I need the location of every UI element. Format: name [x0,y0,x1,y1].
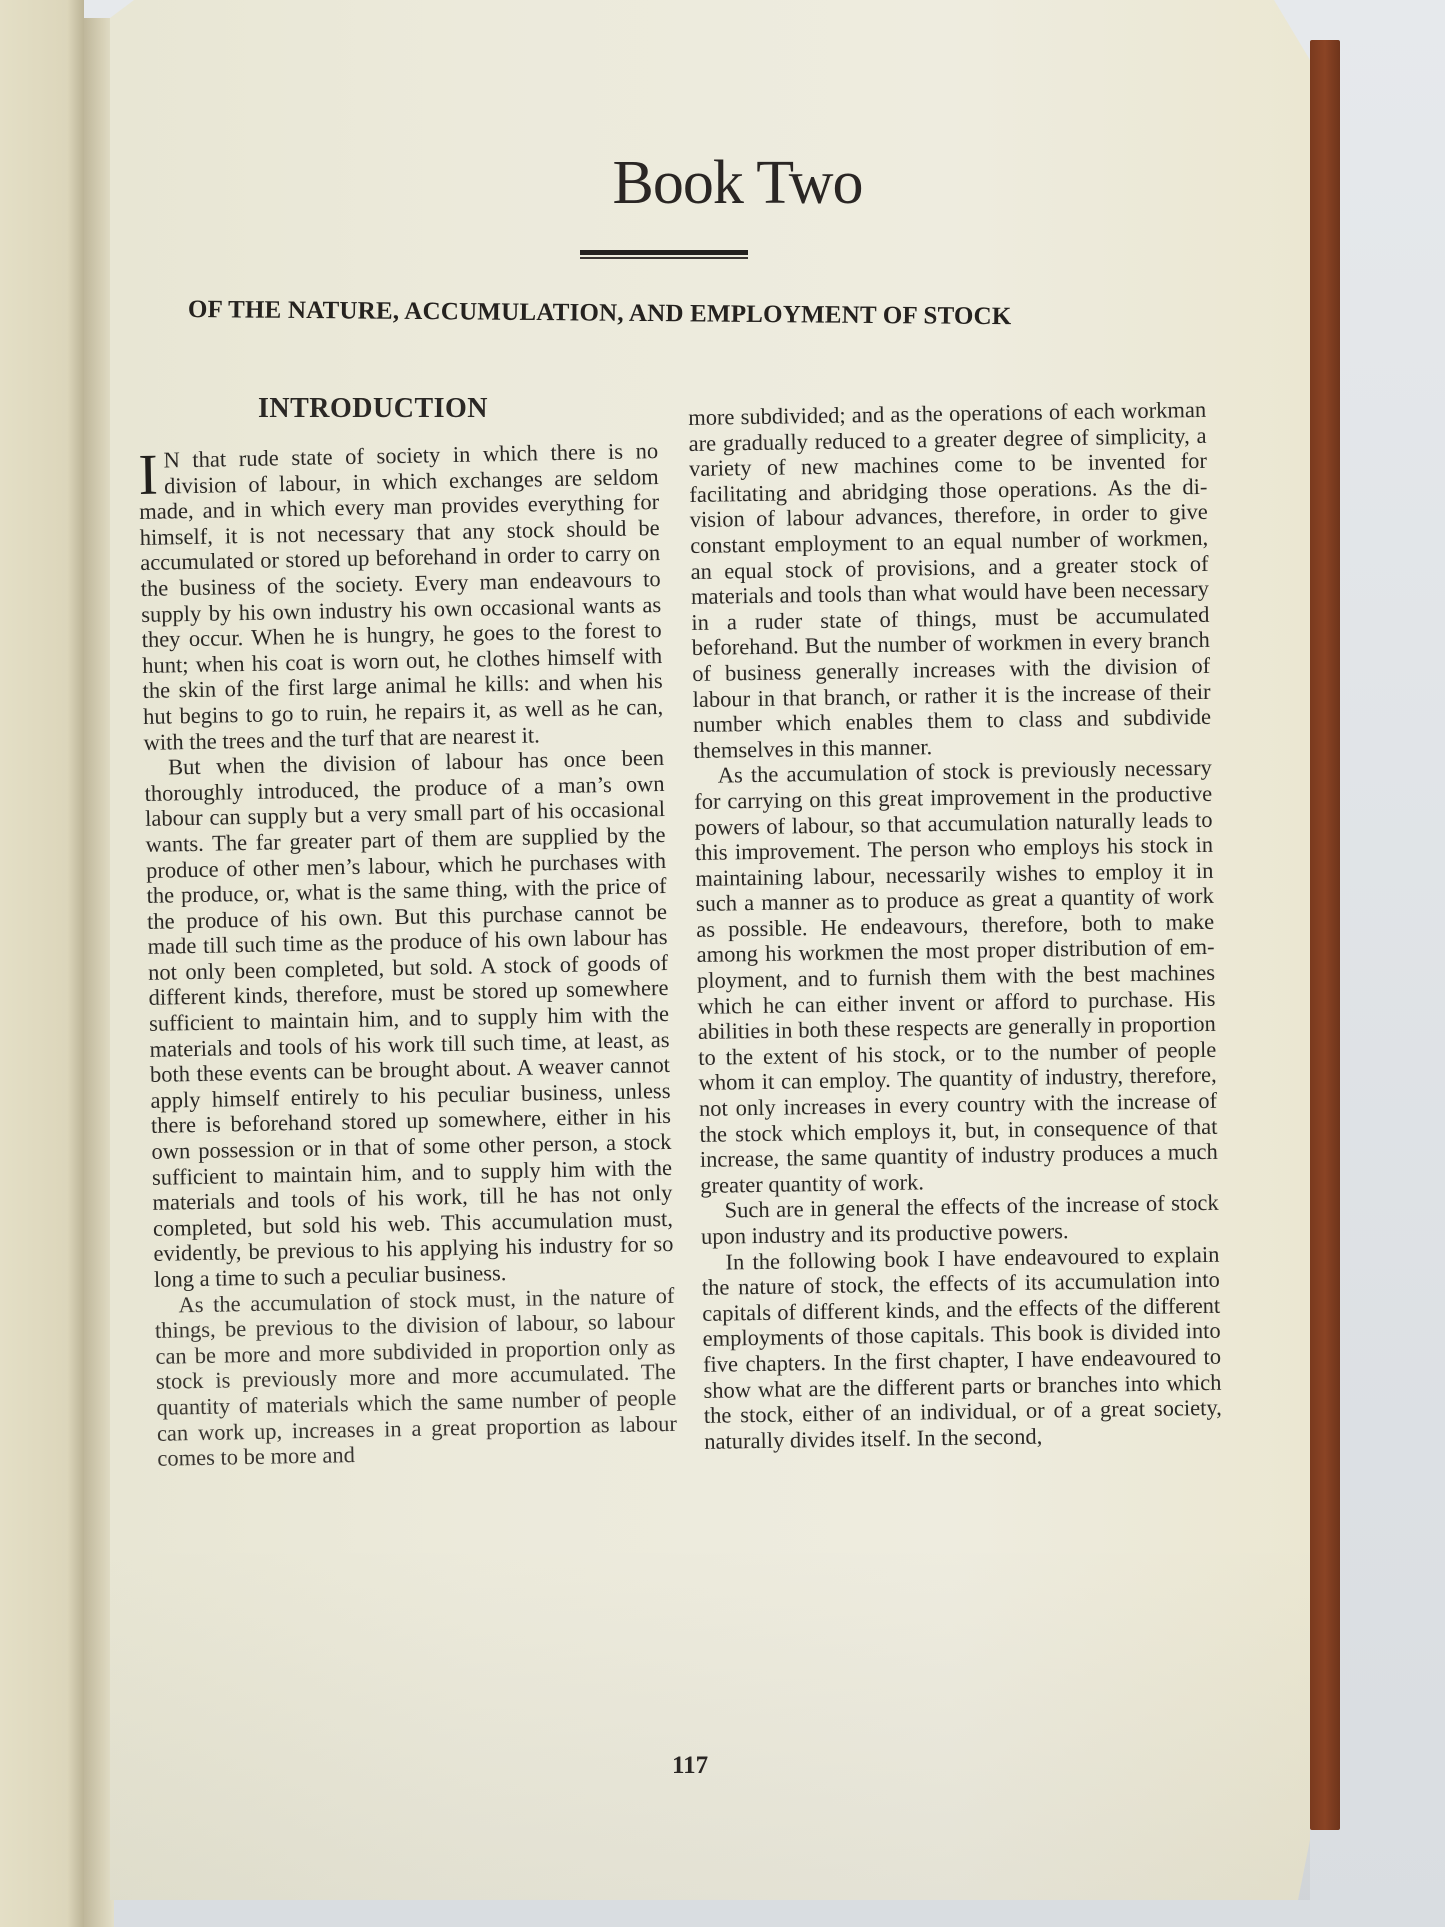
book-title: Book Two [0,148,1445,219]
rule-thick-line [580,250,748,255]
page-number: 117 [672,1752,708,1780]
rule-thin-line [580,257,748,259]
paragraph-5: Such are in general the effects of the i… [700,1190,1219,1249]
section-heading: INTRODUCTION [258,393,488,425]
paragraph-1-text: that rude state of society in which ther… [139,438,663,754]
facing-page-edge [0,0,84,1927]
first-word-rest: N [163,447,180,472]
left-text-column: IN that rude state of society in which t… [138,438,678,1472]
paragraph-6: In the following book I have endeavoured… [701,1241,1222,1454]
paragraph-2: But when the division of labour has once… [144,745,674,1292]
paragraph-4: As the accumulation of stock is previous… [694,755,1219,1198]
paragraph-1: IN that rude state of society in which t… [138,438,664,755]
drop-cap: I [138,452,158,498]
book-gutter [84,18,114,1927]
paragraph-3: As the accumulation of stock must, in th… [154,1282,677,1471]
paragraph-3-continued: more subdivided; and as the operations o… [688,397,1212,763]
title-double-rule [580,250,748,260]
book-cover-edge [1310,40,1340,1830]
right-text-column: more subdivided; and as the operations o… [688,397,1222,1454]
